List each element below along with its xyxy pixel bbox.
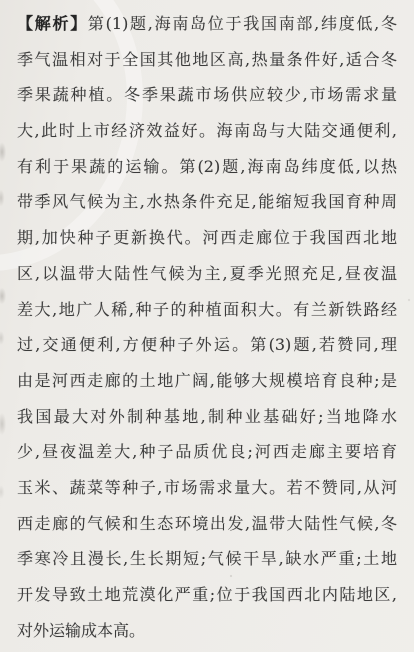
text-line: 区,以温带大陆性气候为主,夏季光照充足,昼夜温 <box>17 256 397 292</box>
text-line: 季果蔬种植。冬季果蔬市场供应较少,市场需求量 <box>17 77 397 113</box>
scanned-page: 【解析】第(1)题,海南岛位于我国南部,纬度低,冬 季气温相对于全国其他地区高,… <box>0 0 414 652</box>
text-line: 对外运输成本高。 <box>17 613 397 649</box>
text-line: 季气温相对于全国其他地区高,热量条件好,适合冬 <box>17 42 397 78</box>
text-line: 少,昼夜温差大,种子品质优良;河西走廊主要培育 <box>17 434 397 470</box>
text-line: 有利于果蔬的运输。第(2)题,海南岛纬度低,以热 <box>17 149 397 185</box>
text-line: 【解析】第(1)题,海南岛位于我国南部,纬度低,冬 <box>17 6 397 42</box>
text-line: 季寒冷且漫长,生长期短;气候干旱,缺水严重;土地 <box>17 541 397 577</box>
text-line: 大,此时上市经济效益好。海南岛与大陆交通便利, <box>17 113 397 149</box>
scan-bleed-marks <box>0 0 16 652</box>
analysis-text: 【解析】第(1)题,海南岛位于我国南部,纬度低,冬 季气温相对于全国其他地区高,… <box>17 6 397 648</box>
text-line: 期,加快种子更新换代。河西走廊位于我国西北地 <box>17 220 397 256</box>
text-line: 开发导致土地荒漠化严重;位于我国西北内陆地区, <box>17 577 397 613</box>
text-line: 差大,地广人稀,种子的种植面积大。有兰新铁路经 <box>17 292 397 328</box>
analysis-label: 【解析】 <box>17 14 88 33</box>
text-line: 带季风气候为主,水热条件充足,能缩短我国育种周 <box>17 184 397 220</box>
text-line: 玉米、蔬菜等种子,市场需求量大。若不赞同,从河 <box>17 470 397 506</box>
text-line-rest: 第(1)题,海南岛位于我国南部,纬度低,冬 <box>88 14 397 33</box>
text-line: 由是河西走廊的土地广阔,能够大规模培育良种;是 <box>17 363 397 399</box>
text-line: 西走廊的气候和生态环境出发,温带大陆性气候,冬 <box>17 506 397 542</box>
text-line: 我国最大对外制种基地,制种业基础好;当地降水 <box>17 399 397 435</box>
text-line: 过,交通便利,方便种子外运。第(3)题,若赞同,理 <box>17 327 397 363</box>
